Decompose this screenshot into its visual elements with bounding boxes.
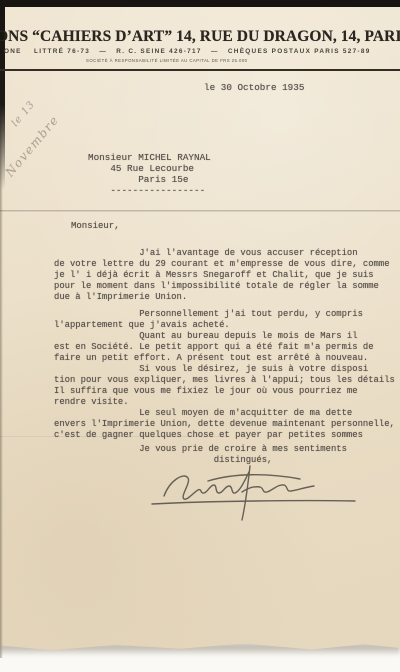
- body-paragraphs-2-5: Personnellement j'ai tout perdu, y compr…: [54, 309, 395, 441]
- signature-scrawl: [150, 458, 360, 528]
- salutation: Monsieur,: [71, 221, 120, 232]
- recipient-address: Monsieur MICHEL RAYNAL 45 Rue Lecourbe P…: [88, 152, 211, 196]
- letterhead-info-line: ONE LITTRÉ 76-73 — R. C. SEINE 426-717 —…: [4, 48, 371, 55]
- date-line: le 30 Octobre 1935: [204, 82, 304, 93]
- letterhead-name: ONS “CAHIERS D’ART” 14, RUE DU DRAGON, 1…: [0, 27, 400, 46]
- letterhead-rule: [0, 69, 400, 71]
- fold-crease: [0, 210, 400, 213]
- scan-edge-top: [0, 0, 400, 7]
- letterhead-fine-print: SOCIÉTÉ À RESPONSABILITÉ LIMITÉE AU CAPI…: [86, 58, 248, 63]
- letterhead-name-text: ONS “CAHIERS D’ART” 14, RUE DU DRAGON, 1…: [0, 28, 400, 45]
- scanned-letter-page: ONS “CAHIERS D’ART” 14, RUE DU DRAGON, 1…: [0, 0, 400, 672]
- body-paragraph-1: J'ai l'avantage de vous accuser réceptio…: [54, 248, 390, 303]
